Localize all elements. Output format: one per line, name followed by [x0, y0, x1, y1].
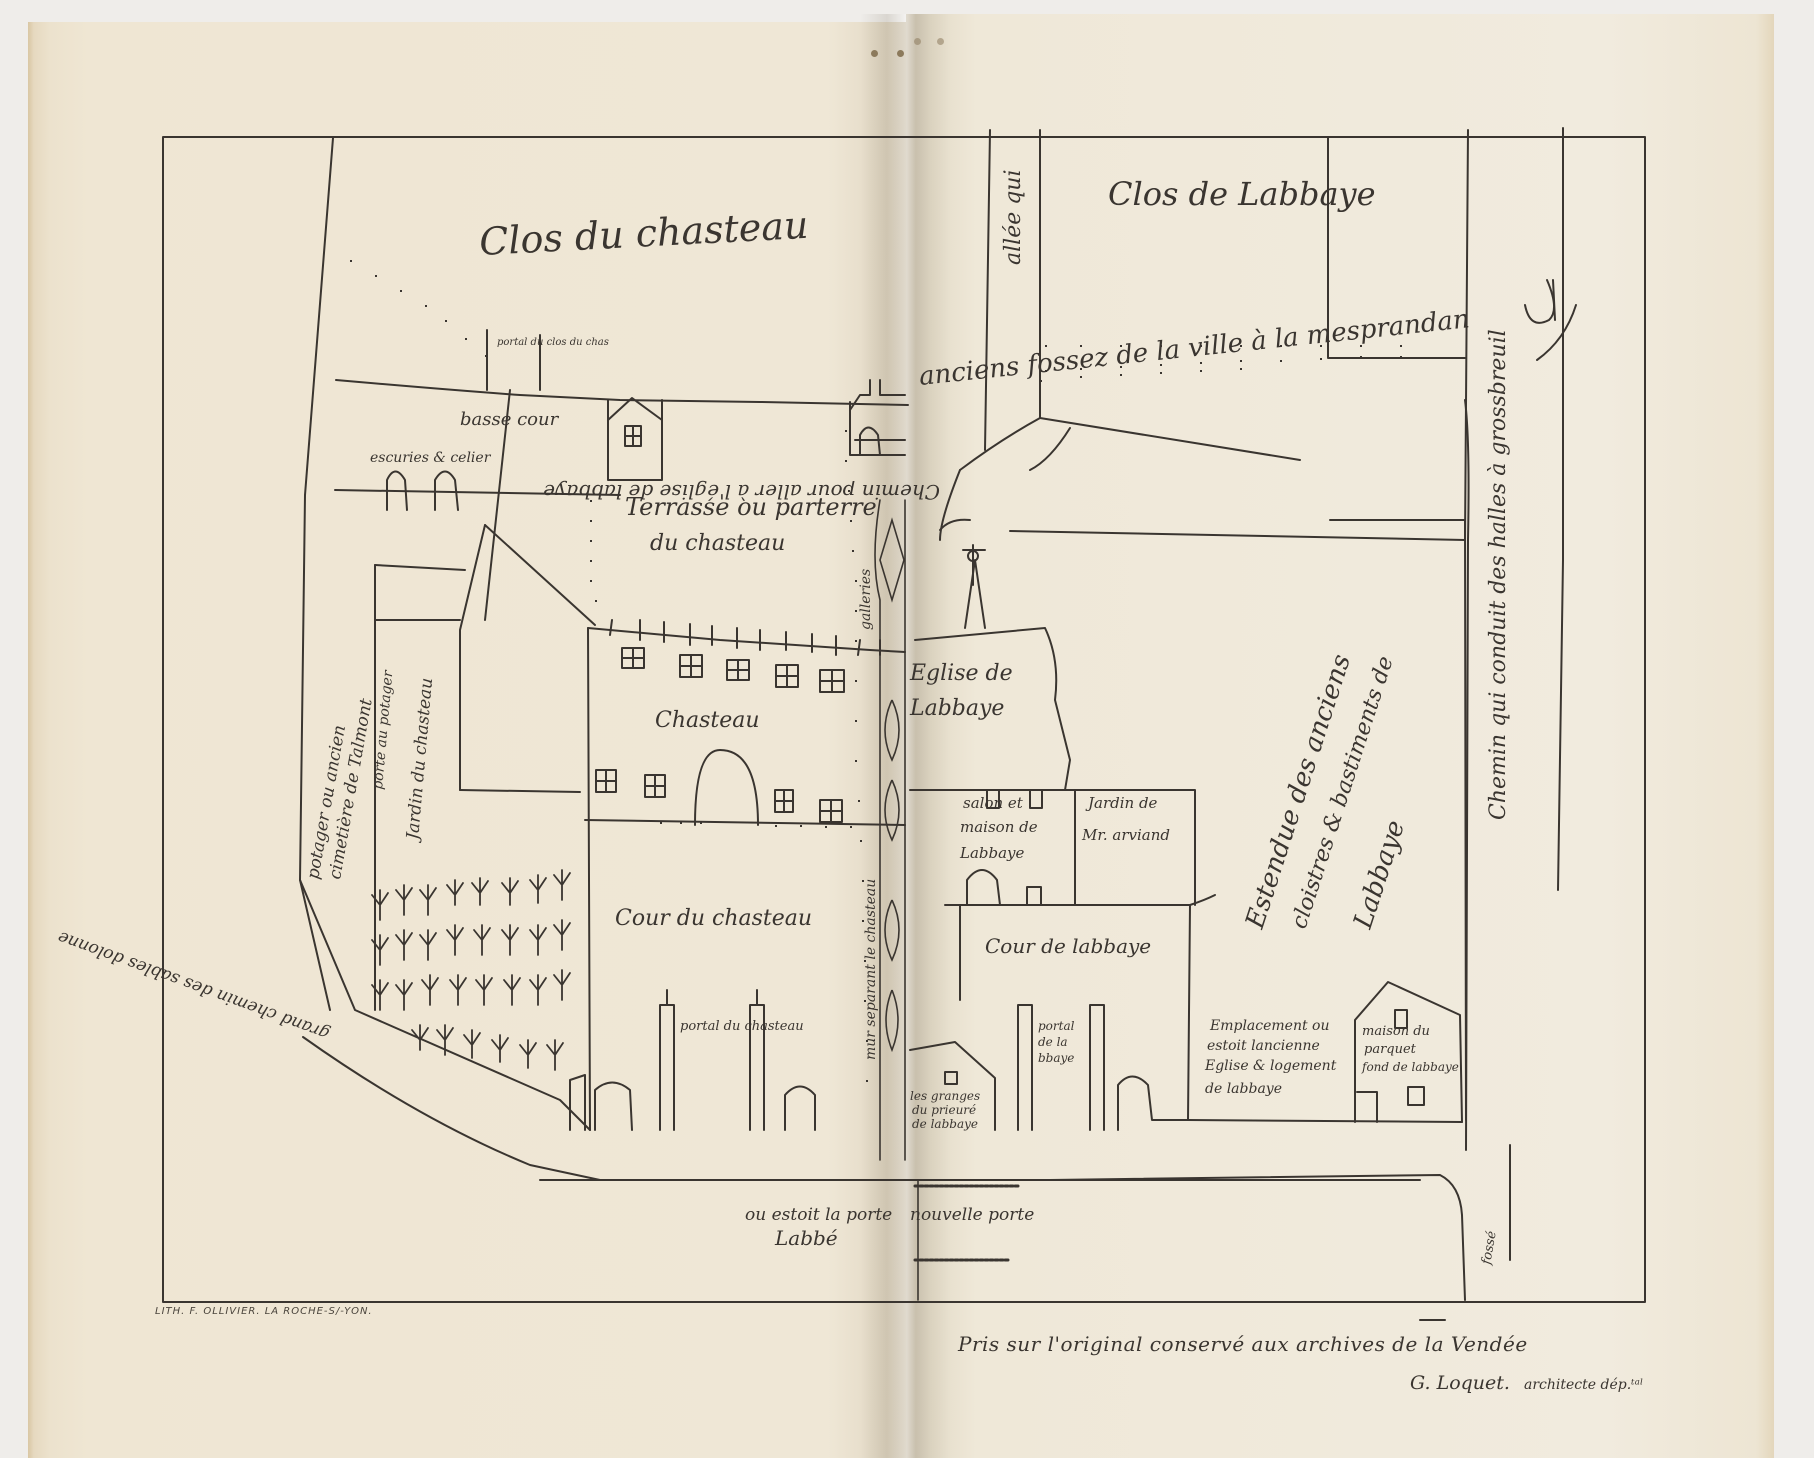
label-emplacement-3: Eglise & logement: [1204, 1058, 1337, 1074]
label-anciens-fosses: anciens fossez de la ville à la mesprand…: [918, 304, 1471, 392]
label-chemin-halles: Chemin qui conduit des halles à grossbre…: [1486, 329, 1511, 820]
label-emplacement-1: Emplacement ou: [1209, 1018, 1330, 1034]
label-galleries: galleries: [858, 569, 874, 630]
label-terrasse-2: du chasteau: [650, 531, 785, 556]
label-portal-abbaye-1: portal: [1038, 1019, 1075, 1033]
label-portal-abbaye-3: bbaye: [1038, 1051, 1074, 1065]
label-portal-chateau: portal du chasteau: [680, 1019, 804, 1034]
battlements: [610, 620, 880, 655]
label-escuries: escuries & celier: [370, 450, 492, 466]
label-emplacement-2: estoit lancienne: [1207, 1038, 1320, 1054]
label-grand-chemin: grand chemin des sables dolonne: [55, 927, 332, 1044]
label-granges-1: les granges: [910, 1089, 980, 1103]
label-cour-abbaye: Cour de labbaye: [985, 934, 1151, 958]
label-estendue-3: Labbaye: [1348, 817, 1411, 933]
label-jardin-arviand-2: Mr. arviand: [1081, 826, 1170, 844]
label-jardin-chateau: Jardin du chasteau: [403, 677, 437, 843]
label-maison-3: fond de labbaye: [1361, 1060, 1459, 1074]
label-portal-clos: portal du clos du chas: [497, 337, 609, 348]
label-mur: mur separant le chasteau: [863, 879, 879, 1060]
label-ou-estoit-1: ou estoit la porte: [745, 1205, 892, 1225]
label-clos-abbaye: Clos de Labbaye: [1108, 175, 1376, 213]
label-portal-abbaye-2: de la: [1038, 1035, 1068, 1049]
label-nouvelle-porte: nouvelle porte: [910, 1205, 1034, 1225]
label-clos-chateau: Clos du chasteau: [478, 203, 809, 264]
ornament-column: [880, 520, 904, 1050]
label-maison-1: maison du: [1362, 1024, 1430, 1039]
label-maison-2: parquet: [1364, 1042, 1417, 1057]
label-ou-estoit-2: Labbé: [774, 1226, 838, 1250]
label-fosse: fossé: [1479, 1230, 1500, 1267]
label-granges-3: de labbaye: [912, 1117, 978, 1131]
label-salon-1: salon et: [963, 794, 1024, 812]
label-basse-cour: basse cour: [460, 409, 560, 430]
plan-map: Clos du chasteau Clos de Labbaye allée q…: [0, 0, 1814, 1458]
label-emplacement-4: de labbaye: [1205, 1081, 1282, 1097]
orchard-trees: [372, 870, 570, 1070]
lithographer-imprint: LITH. F. OLLIVIER. LA ROCHE-S/-YON.: [155, 1306, 373, 1317]
author-credit: G. Loquet. architecte dép.ᵗᵃˡ: [1410, 1372, 1643, 1394]
label-salon-3: Labbaye: [959, 844, 1025, 862]
author-name: G. Loquet.: [1410, 1372, 1510, 1394]
label-salon-2: maison de: [960, 818, 1038, 836]
windows-row-1: [622, 648, 844, 692]
label-eglise-2: Labbaye: [909, 696, 1004, 721]
label-eglise: Eglise de: [909, 661, 1013, 686]
label-chemin-eglise: Chemin pour aller à l'église de labbaye: [543, 480, 940, 504]
label-jardin-arviand-1: Jardin de: [1085, 794, 1158, 812]
source-caption: Pris sur l'original conservé aux archive…: [958, 1332, 1528, 1356]
windows-row-2: [596, 750, 842, 825]
label-cour-chateau: Cour du chasteau: [615, 906, 812, 931]
label-allee: allée qui: [1001, 169, 1026, 265]
label-granges-2: du prieuré: [912, 1103, 976, 1117]
label-chasteau: Chasteau: [655, 708, 760, 733]
author-role: architecte dép.ᵗᵃˡ: [1524, 1377, 1643, 1393]
